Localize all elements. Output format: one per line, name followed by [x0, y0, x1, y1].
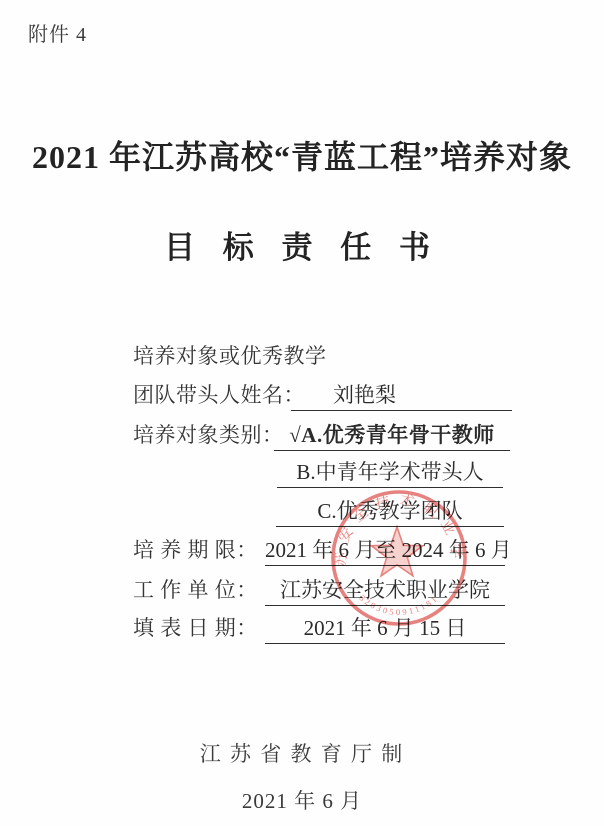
category-option-b: B.中青年学术带头人	[277, 456, 503, 488]
category-row-c: C.优秀教学团队	[0, 495, 604, 527]
document-subtitle: 目 标 责 任 书	[0, 222, 604, 267]
fill-date-label: 填 表 日 期：	[133, 612, 258, 644]
category-option-a-checked: √A.优秀青年骨干教师	[274, 419, 510, 451]
training-period-label: 培 养 期 限：	[133, 534, 258, 566]
category-option-c: C.优秀教学团队	[276, 495, 504, 527]
document-page: 附件 4 2021 年江苏高校“青蓝工程”培养对象 目 标 责 任 书 培养对象…	[0, 0, 604, 826]
issue-date-line: 2021 年 6 月	[0, 785, 604, 815]
document-title: 2021 年江苏高校“青蓝工程”培养对象	[0, 132, 604, 178]
leader-label-line2: 团队带头人姓名：	[133, 379, 305, 411]
leader-name-field: 刘艳梨	[291, 379, 512, 411]
work-unit-row: 工 作 单 位： 江苏安全技术职业学院	[0, 574, 604, 606]
issuer-line: 江 苏 省 教 育 厅 制	[0, 738, 604, 768]
category-row-b: B.中青年学术带头人	[0, 456, 604, 488]
training-period-field: 2021 年 6 月至 2024 年 6 月	[265, 534, 505, 566]
leader-name-row: 团队带头人姓名： 刘艳梨	[0, 379, 604, 411]
work-unit-label: 工 作 单 位：	[133, 574, 258, 606]
leader-label-line1-row: 培养对象或优秀教学	[0, 340, 604, 372]
leader-label-line1: 培养对象或优秀教学	[133, 340, 327, 372]
attachment-label: 附件 4	[28, 18, 87, 47]
fill-date-row: 填 表 日 期： 2021 年 6 月 15 日	[0, 612, 604, 644]
fill-date-field: 2021 年 6 月 15 日	[265, 612, 505, 644]
training-period-row: 培 养 期 限： 2021 年 6 月至 2024 年 6 月	[0, 534, 604, 566]
category-label: 培养对象类别：	[133, 419, 284, 451]
work-unit-field: 江苏安全技术职业学院	[265, 574, 505, 606]
category-row-a: 培养对象类别： √A.优秀青年骨干教师	[0, 419, 604, 451]
